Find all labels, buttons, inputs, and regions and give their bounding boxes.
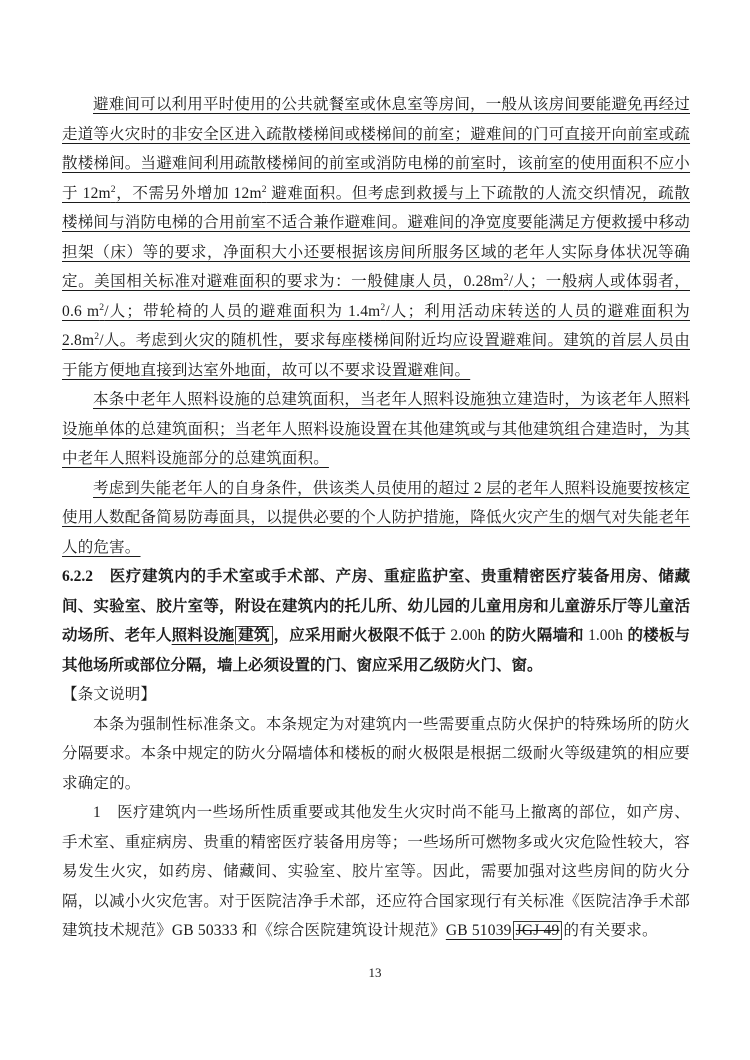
para-refuge-room-segment: /人。考虑到火灾的随机性，要求每座楼梯间附近均应设置避难间。建筑的首层人员由于能… xyxy=(62,332,690,379)
clause-6-2-2: 6.2.2 医疗建筑内的手术室或手术部、产房、重症监护室、贵重精密医疗装备用房、… xyxy=(62,562,690,680)
para-item-1-segment: 1 医疗建筑内一些场所性质重要或其他发生火灾时尚不能马上撤离的部位，如产房、手术… xyxy=(62,804,690,939)
para-disabled-elderly: 考虑到失能老年人的自身条件，供该类人员使用的超过 2 层的老年人照料设施要按核定… xyxy=(62,474,690,563)
label-explanation: 【条文说明】 xyxy=(62,680,690,710)
para-item-1: 1 医疗建筑内一些场所性质重要或其他发生火灾时尚不能马上撤离的部位，如产房、手术… xyxy=(62,798,690,946)
clause-6-2-2-segment: 2.00h xyxy=(450,627,485,644)
para-refuge-room-segment: ，不需另外增加 12m xyxy=(116,185,262,202)
para-mandatory-provision: 本条为强制性标准条文。本条规定为对建筑内一些需要重点防火保护的特殊场所的防火分隔… xyxy=(62,710,690,799)
para-total-building-area: 本条中老年人照料设施的总建筑面积，当老年人照料设施独立建造时，为该老年人照料设施… xyxy=(62,385,690,474)
para-item-1-segment: 的有关要求。 xyxy=(563,922,657,939)
clause-6-2-2-segment: 1.00h xyxy=(588,627,623,644)
para-disabled-elderly-segment: 考虑到失能老年人的自身条件，供该类人员使用的超过 2 层的老年人照料设施要按核定… xyxy=(62,480,690,556)
para-refuge-room-segment: /人；带轮椅的人员的避难面积为 1.4m xyxy=(104,303,380,320)
para-refuge-room: 避难间可以利用平时使用的公共就餐室或休息室等房间，一般从该房间要能避免再经过走道… xyxy=(62,90,690,385)
clause-6-2-2-segment: 的防火隔墙和 xyxy=(485,627,588,644)
clause-6-2-2-segment: 6.2.2 xyxy=(62,568,93,585)
para-item-1-segment: JGJ 49 xyxy=(513,921,563,940)
para-total-building-area-segment: 本条中老年人照料设施的总建筑面积，当老年人照料设施独立建造时，为该老年人照料设施… xyxy=(62,391,690,467)
para-mandatory-provision-segment: 本条为强制性标准条文。本条规定为对建筑内一些需要重点防火保护的特殊场所的防火分隔… xyxy=(62,716,690,792)
clause-6-2-2-segment: 建筑 xyxy=(235,626,272,645)
label-explanation-segment: 【条文说明】 xyxy=(62,686,156,703)
page-number: 13 xyxy=(0,965,750,981)
para-item-1-segment: GB 51039 xyxy=(446,922,512,939)
document-body: 避难间可以利用平时使用的公共就餐室或休息室等房间，一般从该房间要能避免再经过走道… xyxy=(62,90,690,946)
clause-6-2-2-segment: ，应采用耐火极限不低于 xyxy=(274,627,451,644)
clause-6-2-2-segment: 照料设施 xyxy=(172,627,235,644)
document-page: { "page": { "number": "13" }, "content":… xyxy=(0,0,750,1060)
